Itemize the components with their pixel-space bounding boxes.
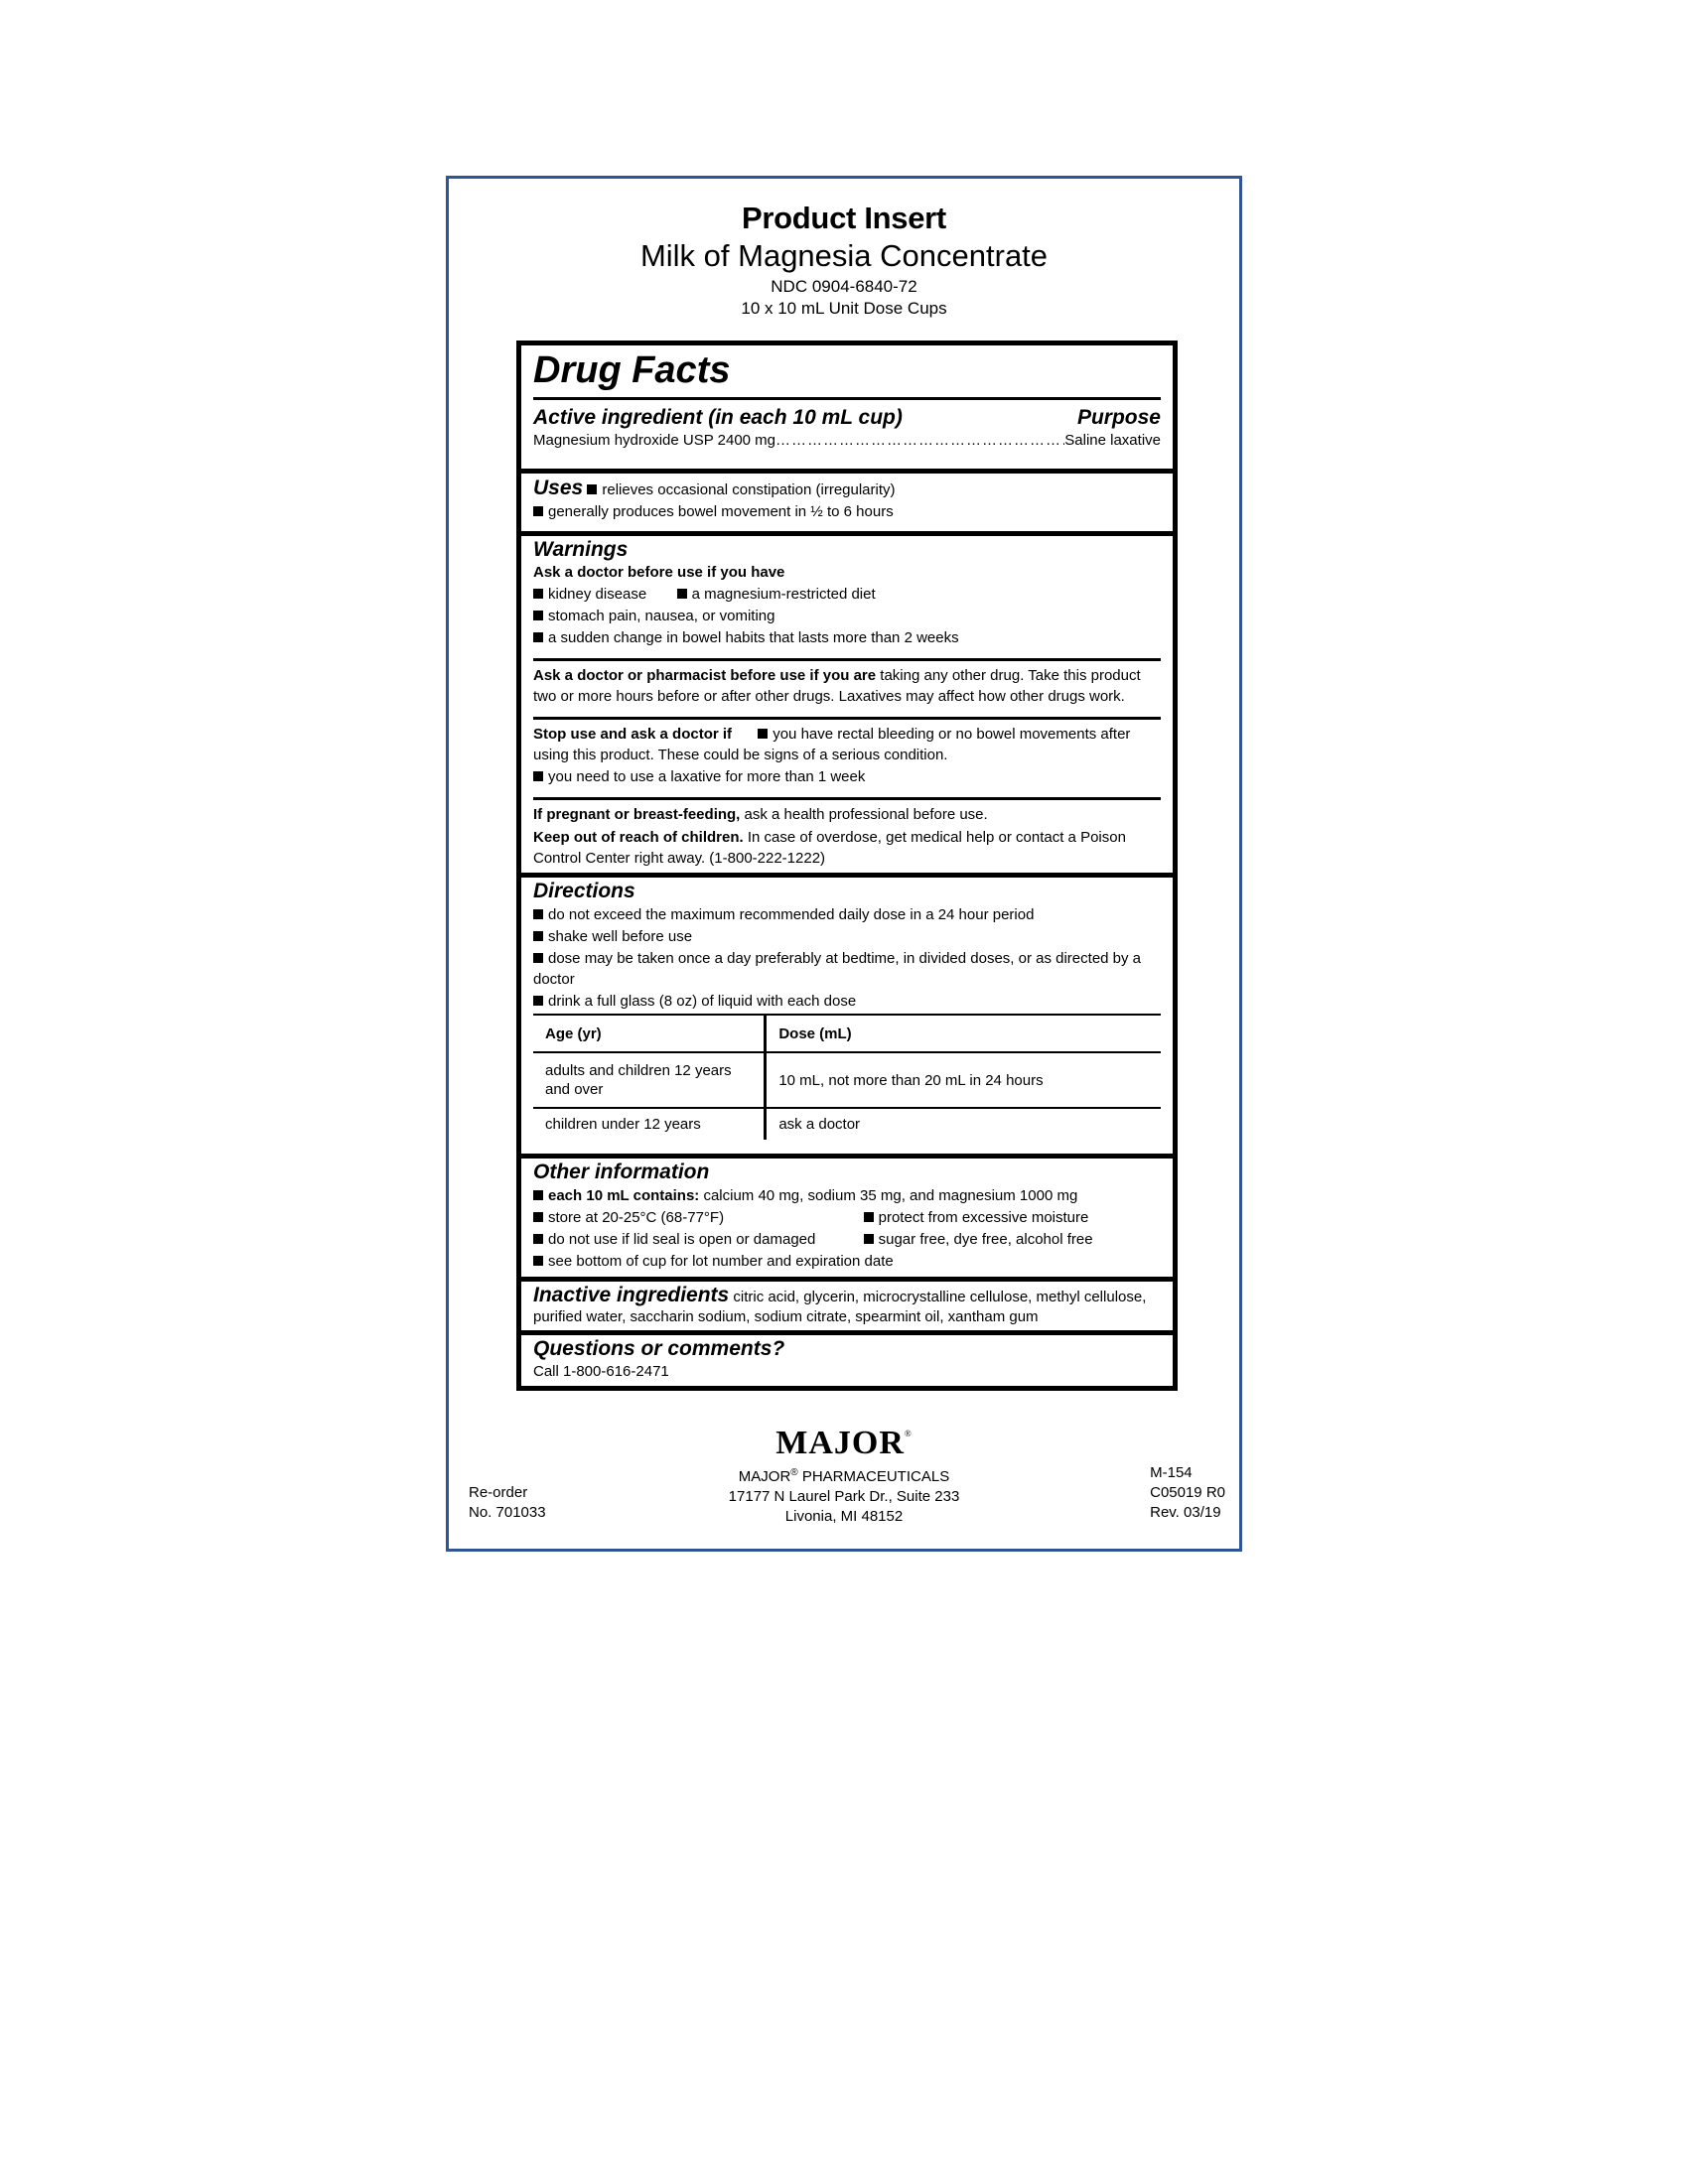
questions-heading: Questions or comments? xyxy=(533,1337,1161,1361)
reorder-info: Re-order No. 701033 xyxy=(469,1483,546,1523)
bullet-square-icon xyxy=(533,611,543,620)
package-description: 10 x 10 mL Unit Dose Cups xyxy=(449,299,1239,319)
document-title: Product Insert xyxy=(449,201,1239,236)
drug-facts-panel: Drug Facts Active ingredient (in each 10… xyxy=(516,341,1178,1391)
active-ingredient-heading: Active ingredient (in each 10 mL cup) xyxy=(533,406,903,430)
divider xyxy=(533,717,1161,720)
column-header-dose: Dose (mL) xyxy=(766,1015,1161,1052)
active-ingredient-name: Magnesium hydroxide USP 2400 mg xyxy=(533,430,775,451)
bullet-square-icon xyxy=(533,1190,543,1200)
reorder-label: Re-order xyxy=(469,1483,546,1503)
warning-item: stomach pain, nausea, or vomiting xyxy=(548,608,774,624)
bullet-square-icon xyxy=(677,589,687,599)
bullet-square-icon xyxy=(533,953,543,963)
ndc-number: NDC 0904-6840-72 xyxy=(449,277,1239,297)
bullet-square-icon xyxy=(533,771,543,781)
moisture-info: protect from excessive moisture xyxy=(879,1209,1089,1226)
active-ingredient-row: Magnesium hydroxide USP 2400 mg ……………………… xyxy=(533,430,1161,451)
bullet-square-icon xyxy=(533,632,543,642)
bullet-square-icon xyxy=(533,506,543,516)
bullet-square-icon xyxy=(864,1212,874,1222)
divider xyxy=(533,797,1161,800)
lid-seal-info: do not use if lid seal is open or damage… xyxy=(548,1231,815,1248)
other-information-section: Other information each 10 mL contains: c… xyxy=(521,1154,1173,1277)
active-ingredient-section: Drug Facts Active ingredient (in each 10… xyxy=(521,345,1173,469)
age-cell: adults and children 12 years and over xyxy=(533,1052,766,1108)
bullet-square-icon xyxy=(533,931,543,941)
bullet-square-icon xyxy=(533,996,543,1006)
bullet-square-icon xyxy=(533,589,543,599)
questions-section: Questions or comments? Call 1-800-616-24… xyxy=(521,1330,1173,1386)
directions-section: Directions do not exceed the maximum rec… xyxy=(521,873,1173,1154)
uses-section: Uses relieves occasional constipation (i… xyxy=(521,469,1173,531)
purpose-heading: Purpose xyxy=(1077,406,1161,430)
storage-info: store at 20-25°C (68-77°F) xyxy=(548,1209,724,1226)
company-name: MAJOR® PHARMACEUTICALS xyxy=(449,1463,1239,1487)
divider xyxy=(533,658,1161,661)
item-code: M-154 xyxy=(1150,1463,1225,1483)
directions-heading: Directions xyxy=(533,880,1161,903)
column-header-age: Age (yr) xyxy=(533,1015,766,1052)
bullet-square-icon xyxy=(533,1256,543,1266)
inactive-ingredients-heading: Inactive ingredients xyxy=(533,1284,729,1306)
revision-date: Rev. 03/19 xyxy=(1150,1503,1225,1523)
age-cell: children under 12 years xyxy=(533,1108,766,1140)
bullet-square-icon xyxy=(587,484,597,494)
bullet-square-icon xyxy=(758,729,768,739)
direction-item: shake well before use xyxy=(548,928,692,945)
bullet-square-icon xyxy=(533,909,543,919)
dosage-table: Age (yr) Dose (mL) adults and children 1… xyxy=(533,1014,1161,1140)
direction-item: do not exceed the maximum recommended da… xyxy=(548,906,1034,923)
active-ingredient-purpose: Saline laxative xyxy=(1064,430,1161,451)
other-information-heading: Other information xyxy=(533,1160,1161,1184)
dot-leader: …………………………………………………………… xyxy=(775,430,1064,451)
address-line-2: Livonia, MI 48152 xyxy=(449,1507,1239,1527)
pregnancy-warning: If pregnant or breast-feeding, ask a hea… xyxy=(533,804,1161,825)
address-line-1: 17177 N Laurel Park Dr., Suite 233 xyxy=(449,1487,1239,1507)
warnings-section: Warnings Ask a doctor before use if you … xyxy=(521,531,1173,873)
bullet-square-icon xyxy=(533,1234,543,1244)
free-from-info: sugar free, dye free, alcohol free xyxy=(879,1231,1093,1248)
use-item: generally produces bowel movement in ½ t… xyxy=(548,503,894,520)
insert-frame: Product Insert Milk of Magnesia Concentr… xyxy=(446,176,1242,1552)
registered-mark: ® xyxy=(905,1429,913,1438)
table-header-row: Age (yr) Dose (mL) xyxy=(533,1015,1161,1052)
bullet-square-icon xyxy=(864,1234,874,1244)
divider xyxy=(533,397,1161,400)
control-code: C05019 R0 xyxy=(1150,1483,1225,1503)
direction-item: dose may be taken once a day preferably … xyxy=(533,950,1141,988)
warning-item: kidney disease xyxy=(548,586,646,603)
direction-item: drink a full glass (8 oz) of liquid with… xyxy=(548,993,856,1010)
stop-use-warning: Stop use and ask a doctor if you have re… xyxy=(533,724,1161,765)
bullet-square-icon xyxy=(533,1212,543,1222)
ask-doctor-heading: Ask a doctor before use if you have xyxy=(533,562,1161,583)
warning-item: a magnesium-restricted diet xyxy=(692,586,876,603)
manufacturer-address: MAJOR® PHARMACEUTICALS 17177 N Laurel Pa… xyxy=(449,1463,1239,1527)
drug-facts-title: Drug Facts xyxy=(533,347,1161,393)
document-codes: M-154 C05019 R0 Rev. 03/19 xyxy=(1150,1463,1225,1523)
reorder-number: No. 701033 xyxy=(469,1503,546,1523)
product-name: Milk of Magnesia Concentrate xyxy=(449,238,1239,274)
table-row: children under 12 years ask a doctor xyxy=(533,1108,1161,1140)
use-item: relieves occasional constipation (irregu… xyxy=(602,481,895,498)
warnings-heading: Warnings xyxy=(533,538,1161,562)
dose-cell: ask a doctor xyxy=(766,1108,1161,1140)
uses-heading: Uses xyxy=(533,477,583,499)
major-logo: MAJOR® xyxy=(449,1425,1239,1462)
inactive-ingredients-section: Inactive ingredients citric acid, glycer… xyxy=(521,1277,1173,1330)
dose-cell: 10 mL, not more than 20 mL in 24 hours xyxy=(766,1052,1161,1108)
questions-phone: Call 1-800-616-2471 xyxy=(533,1361,1161,1382)
ask-pharmacist-warning: Ask a doctor or pharmacist before use if… xyxy=(533,665,1161,707)
children-warning: Keep out of reach of children. In case o… xyxy=(533,827,1161,869)
warning-item: a sudden change in bowel habits that las… xyxy=(548,629,959,646)
table-row: adults and children 12 years and over 10… xyxy=(533,1052,1161,1108)
lot-info: see bottom of cup for lot number and exp… xyxy=(548,1253,894,1270)
